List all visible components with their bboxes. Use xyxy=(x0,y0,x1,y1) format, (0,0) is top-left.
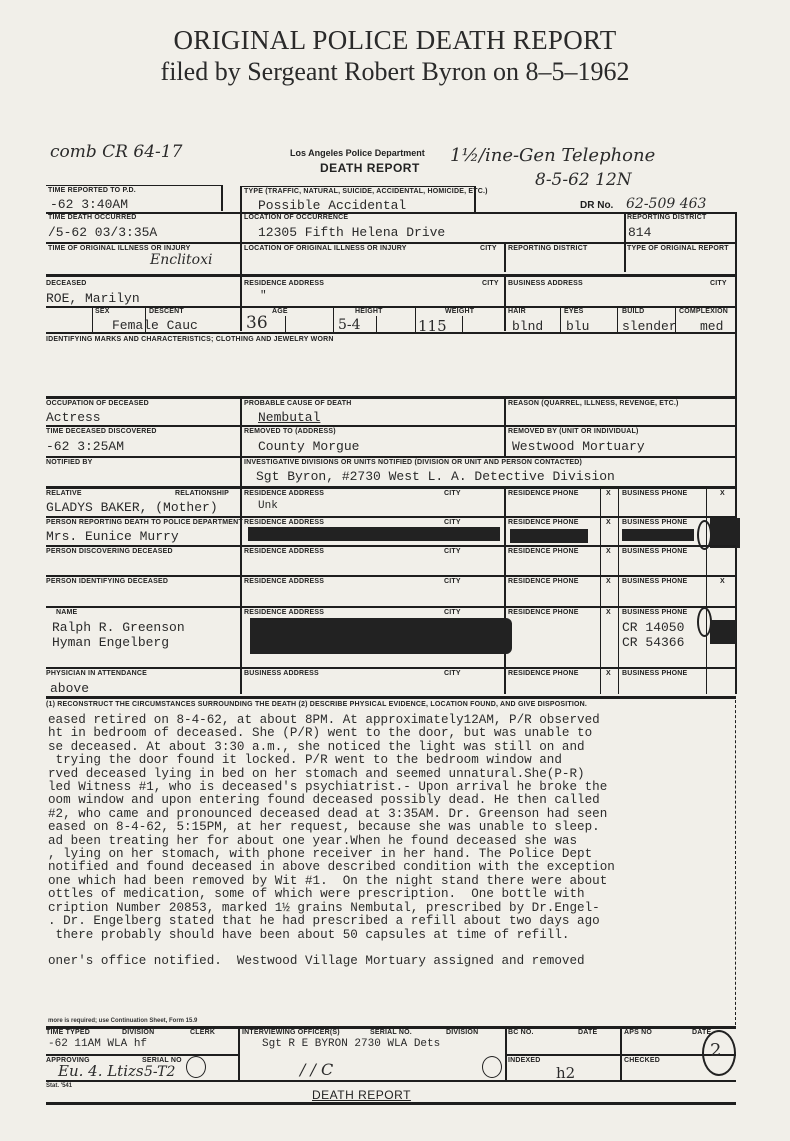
time-reported-label: Time Reported to P.D. xyxy=(48,187,136,194)
handwritten-note-top-right: 1½/ine-Gen Telephone xyxy=(450,145,655,166)
business-address-label: Business Address xyxy=(508,280,583,287)
height-value: 5-4 xyxy=(338,317,361,333)
date-label: Date xyxy=(578,1029,597,1036)
time-original-label: Time of Original Illness or Injury xyxy=(48,245,191,252)
city-label: City xyxy=(480,245,497,252)
x-label: X xyxy=(606,490,611,497)
type-value: Possible Accidental xyxy=(258,198,406,213)
attendance-value: above xyxy=(50,681,89,696)
footer-title: DEATH REPORT xyxy=(312,1088,411,1102)
res-phone-label: Residence Phone xyxy=(508,490,579,497)
investigative-value: Sgt Byron, #2730 West L. A. Detective Di… xyxy=(256,469,615,484)
bus-phone-label: Business Phone xyxy=(622,670,687,677)
handwritten-note-top-left: comb CR 64-17 xyxy=(50,142,182,162)
handwritten-injury-note: Enclitoxi xyxy=(150,252,212,268)
relative-name-value: GLADYS BAKER, (Mother) xyxy=(46,500,218,515)
city-label: City xyxy=(444,578,461,585)
business-address-label: Business Address xyxy=(244,670,319,677)
dr-number-label: DR No. xyxy=(580,200,613,211)
reporting-person-value: Mrs. Eunice Murry xyxy=(46,529,179,544)
residence-label: Residence Address xyxy=(244,519,324,526)
doctor-name-2: Hyman Engelberg xyxy=(52,635,169,650)
reporting-district-2-label: Reporting District xyxy=(508,245,587,252)
circle-mark xyxy=(697,607,712,637)
sex-label: Sex xyxy=(95,308,110,315)
approving-signature: Eu. 4. Ltizs xyxy=(58,1062,144,1080)
time-discovered-label: Time Deceased Discovered xyxy=(46,428,157,435)
residence-label: Residence Address xyxy=(244,490,324,497)
redaction-bar xyxy=(250,618,512,654)
deceased-name-value: ROE, Marilyn xyxy=(46,291,140,306)
doctor-phone-1: CR 14050 xyxy=(622,620,684,635)
reporting-district-label: Reporting District xyxy=(627,214,706,221)
res-phone-label: Residence Phone xyxy=(508,519,579,526)
x-label: X xyxy=(606,670,611,677)
serial-label: Serial No. xyxy=(370,1029,412,1036)
attendance-label: Physician in Attendance xyxy=(46,670,147,677)
investigative-label: Investigative Divisions or Units Notifie… xyxy=(244,459,582,466)
time-typed-label: Time Typed xyxy=(46,1029,90,1036)
reason-label: Reason (Quarrel, illness, revenge, etc.) xyxy=(508,400,679,407)
bus-phone-label: Business Phone xyxy=(622,578,687,585)
time-typed-value: -62 11AM WLA hf xyxy=(48,1038,147,1050)
hair-label: Hair xyxy=(508,308,526,315)
division-label: Division xyxy=(122,1029,154,1036)
x-label: X xyxy=(606,548,611,555)
redaction-bar xyxy=(710,620,736,644)
type-original-label: Type of Original Report xyxy=(627,245,729,252)
relative-label: Relative xyxy=(46,490,82,497)
identifying-label: Person Identifying Deceased xyxy=(46,578,168,585)
handwritten-note-date: 8-5-62 12N xyxy=(535,170,632,190)
serial-label: Serial No xyxy=(142,1057,182,1064)
age-label: Age xyxy=(272,308,288,315)
narrative-label: (1) Reconstruct the circumstances surrou… xyxy=(46,701,587,708)
city-label: City xyxy=(482,280,499,287)
removed-by-label: Removed by (Unit or Individual) xyxy=(508,428,639,435)
relative-residence-value: Unk xyxy=(258,500,278,512)
res-phone-label: Residence Phone xyxy=(508,578,579,585)
doctor-name-1: Ralph R. Greenson xyxy=(52,620,185,635)
res-phone-label: Residence Phone xyxy=(508,670,579,677)
build-label: Build xyxy=(622,308,644,315)
checked-label: Checked xyxy=(624,1057,660,1064)
redaction-bar xyxy=(710,518,740,548)
time-discovered-value: -62 3:25AM xyxy=(46,439,124,454)
reporting-person-label: Person Reporting Death to Police Departm… xyxy=(46,519,243,526)
circle-mark xyxy=(186,1056,206,1078)
x-label: X xyxy=(606,578,611,585)
death-report-form: comb CR 64-17 1½/ine-Gen Telephone 8-5-6… xyxy=(0,0,790,1141)
redaction-bar xyxy=(510,529,588,543)
officer-signature: / / C xyxy=(300,1060,333,1079)
residence-label: Residence Address xyxy=(244,578,324,585)
removed-to-label: Removed to (Address) xyxy=(244,428,336,435)
relationship-label: Relationship xyxy=(175,490,229,497)
form-title: DEATH REPORT xyxy=(320,161,420,175)
bus-phone-label: Business Phone xyxy=(622,519,687,526)
location-label: Location of Occurrence xyxy=(244,214,348,221)
type-label: Type (Traffic, natural, suicide, acciden… xyxy=(244,188,488,195)
weight-label: Weight xyxy=(445,308,474,315)
dr-number-value: 62-509 463 xyxy=(626,196,706,212)
doctor-name-label: Name xyxy=(56,609,77,616)
x-label: X xyxy=(720,490,725,497)
complexion-label: Complexion xyxy=(679,308,728,315)
aps-number-label: APS No xyxy=(624,1029,652,1036)
residence-label: Residence Address xyxy=(244,609,324,616)
time-death-label: Time Death Occurred xyxy=(48,214,136,221)
age-value: 36 xyxy=(246,313,268,333)
circle-mark xyxy=(482,1056,502,1078)
narrative-text: eased retired on 8-4-62, at about 8PM. A… xyxy=(48,714,728,969)
redaction-bar xyxy=(248,527,500,541)
removed-by-value: Westwood Mortuary xyxy=(512,439,645,454)
marks-label: Identifying Marks and Characteristics; C… xyxy=(46,336,334,343)
deceased-label: Deceased xyxy=(46,280,87,287)
res-phone-label: Residence Phone xyxy=(508,548,579,555)
height-label: Height xyxy=(355,308,383,315)
removed-to-value: County Morgue xyxy=(258,439,359,454)
notified-by-label: Notified By xyxy=(46,459,93,466)
location-original-label: Location of Original Illness or Injury xyxy=(244,245,407,252)
city-label: City xyxy=(444,670,461,677)
time-reported-value: -62 3:40AM xyxy=(50,197,128,212)
cause-value: Nembutal xyxy=(258,410,320,425)
eyes-label: Eyes xyxy=(564,308,583,315)
city-label: City xyxy=(444,519,461,526)
occupation-value: Actress xyxy=(46,410,101,425)
x-label: X xyxy=(606,609,611,616)
time-death-value: /5-62 03/3:35A xyxy=(48,225,157,240)
discovering-label: Person Discovering Deceased xyxy=(46,548,173,555)
department-name: Los Angeles Police Department xyxy=(290,148,425,158)
form-number: Stat. '541 xyxy=(46,1083,72,1089)
doctor-phone-2: CR 54366 xyxy=(622,635,684,650)
residence-label: Residence Address xyxy=(244,548,324,555)
residence-value: " xyxy=(260,290,267,302)
clerk-label: Clerk xyxy=(190,1029,215,1036)
x-label: X xyxy=(606,519,611,526)
residence-label: Residence Address xyxy=(244,280,324,287)
indexed-label: Indexed xyxy=(508,1057,541,1064)
officers-label: Interviewing Officer(s) xyxy=(242,1029,340,1036)
date-circle-value: 2 xyxy=(710,1040,721,1061)
x-label: X xyxy=(720,578,725,585)
officers-value: Sgt R E BYRON 2730 WLA Dets xyxy=(262,1038,440,1050)
city-label: City xyxy=(444,490,461,497)
bus-phone-label: Business Phone xyxy=(622,490,687,497)
bus-phone-label: Business Phone xyxy=(622,609,687,616)
cause-label: Probable Cause of Death xyxy=(244,400,352,407)
continuation-note: more is required; use Continuation Sheet… xyxy=(48,1018,197,1024)
city-label: City xyxy=(444,609,461,616)
res-phone-label: Residence Phone xyxy=(508,609,579,616)
sex-descent-value: Female Cauc xyxy=(112,318,198,333)
occupation-label: Occupation of Deceased xyxy=(46,400,149,407)
reporting-district-value: 814 xyxy=(628,225,651,240)
serial-signature: 5-T2 xyxy=(144,1064,175,1080)
bus-phone-label: Business Phone xyxy=(622,548,687,555)
city-label: City xyxy=(710,280,727,287)
city-label: City xyxy=(444,548,461,555)
bc-number-label: BC No. xyxy=(508,1029,534,1036)
descent-label: Descent xyxy=(149,308,184,315)
division-label: Division xyxy=(446,1029,478,1036)
location-value: 12305 Fifth Helena Drive xyxy=(258,225,445,240)
redaction-bar xyxy=(622,529,694,541)
